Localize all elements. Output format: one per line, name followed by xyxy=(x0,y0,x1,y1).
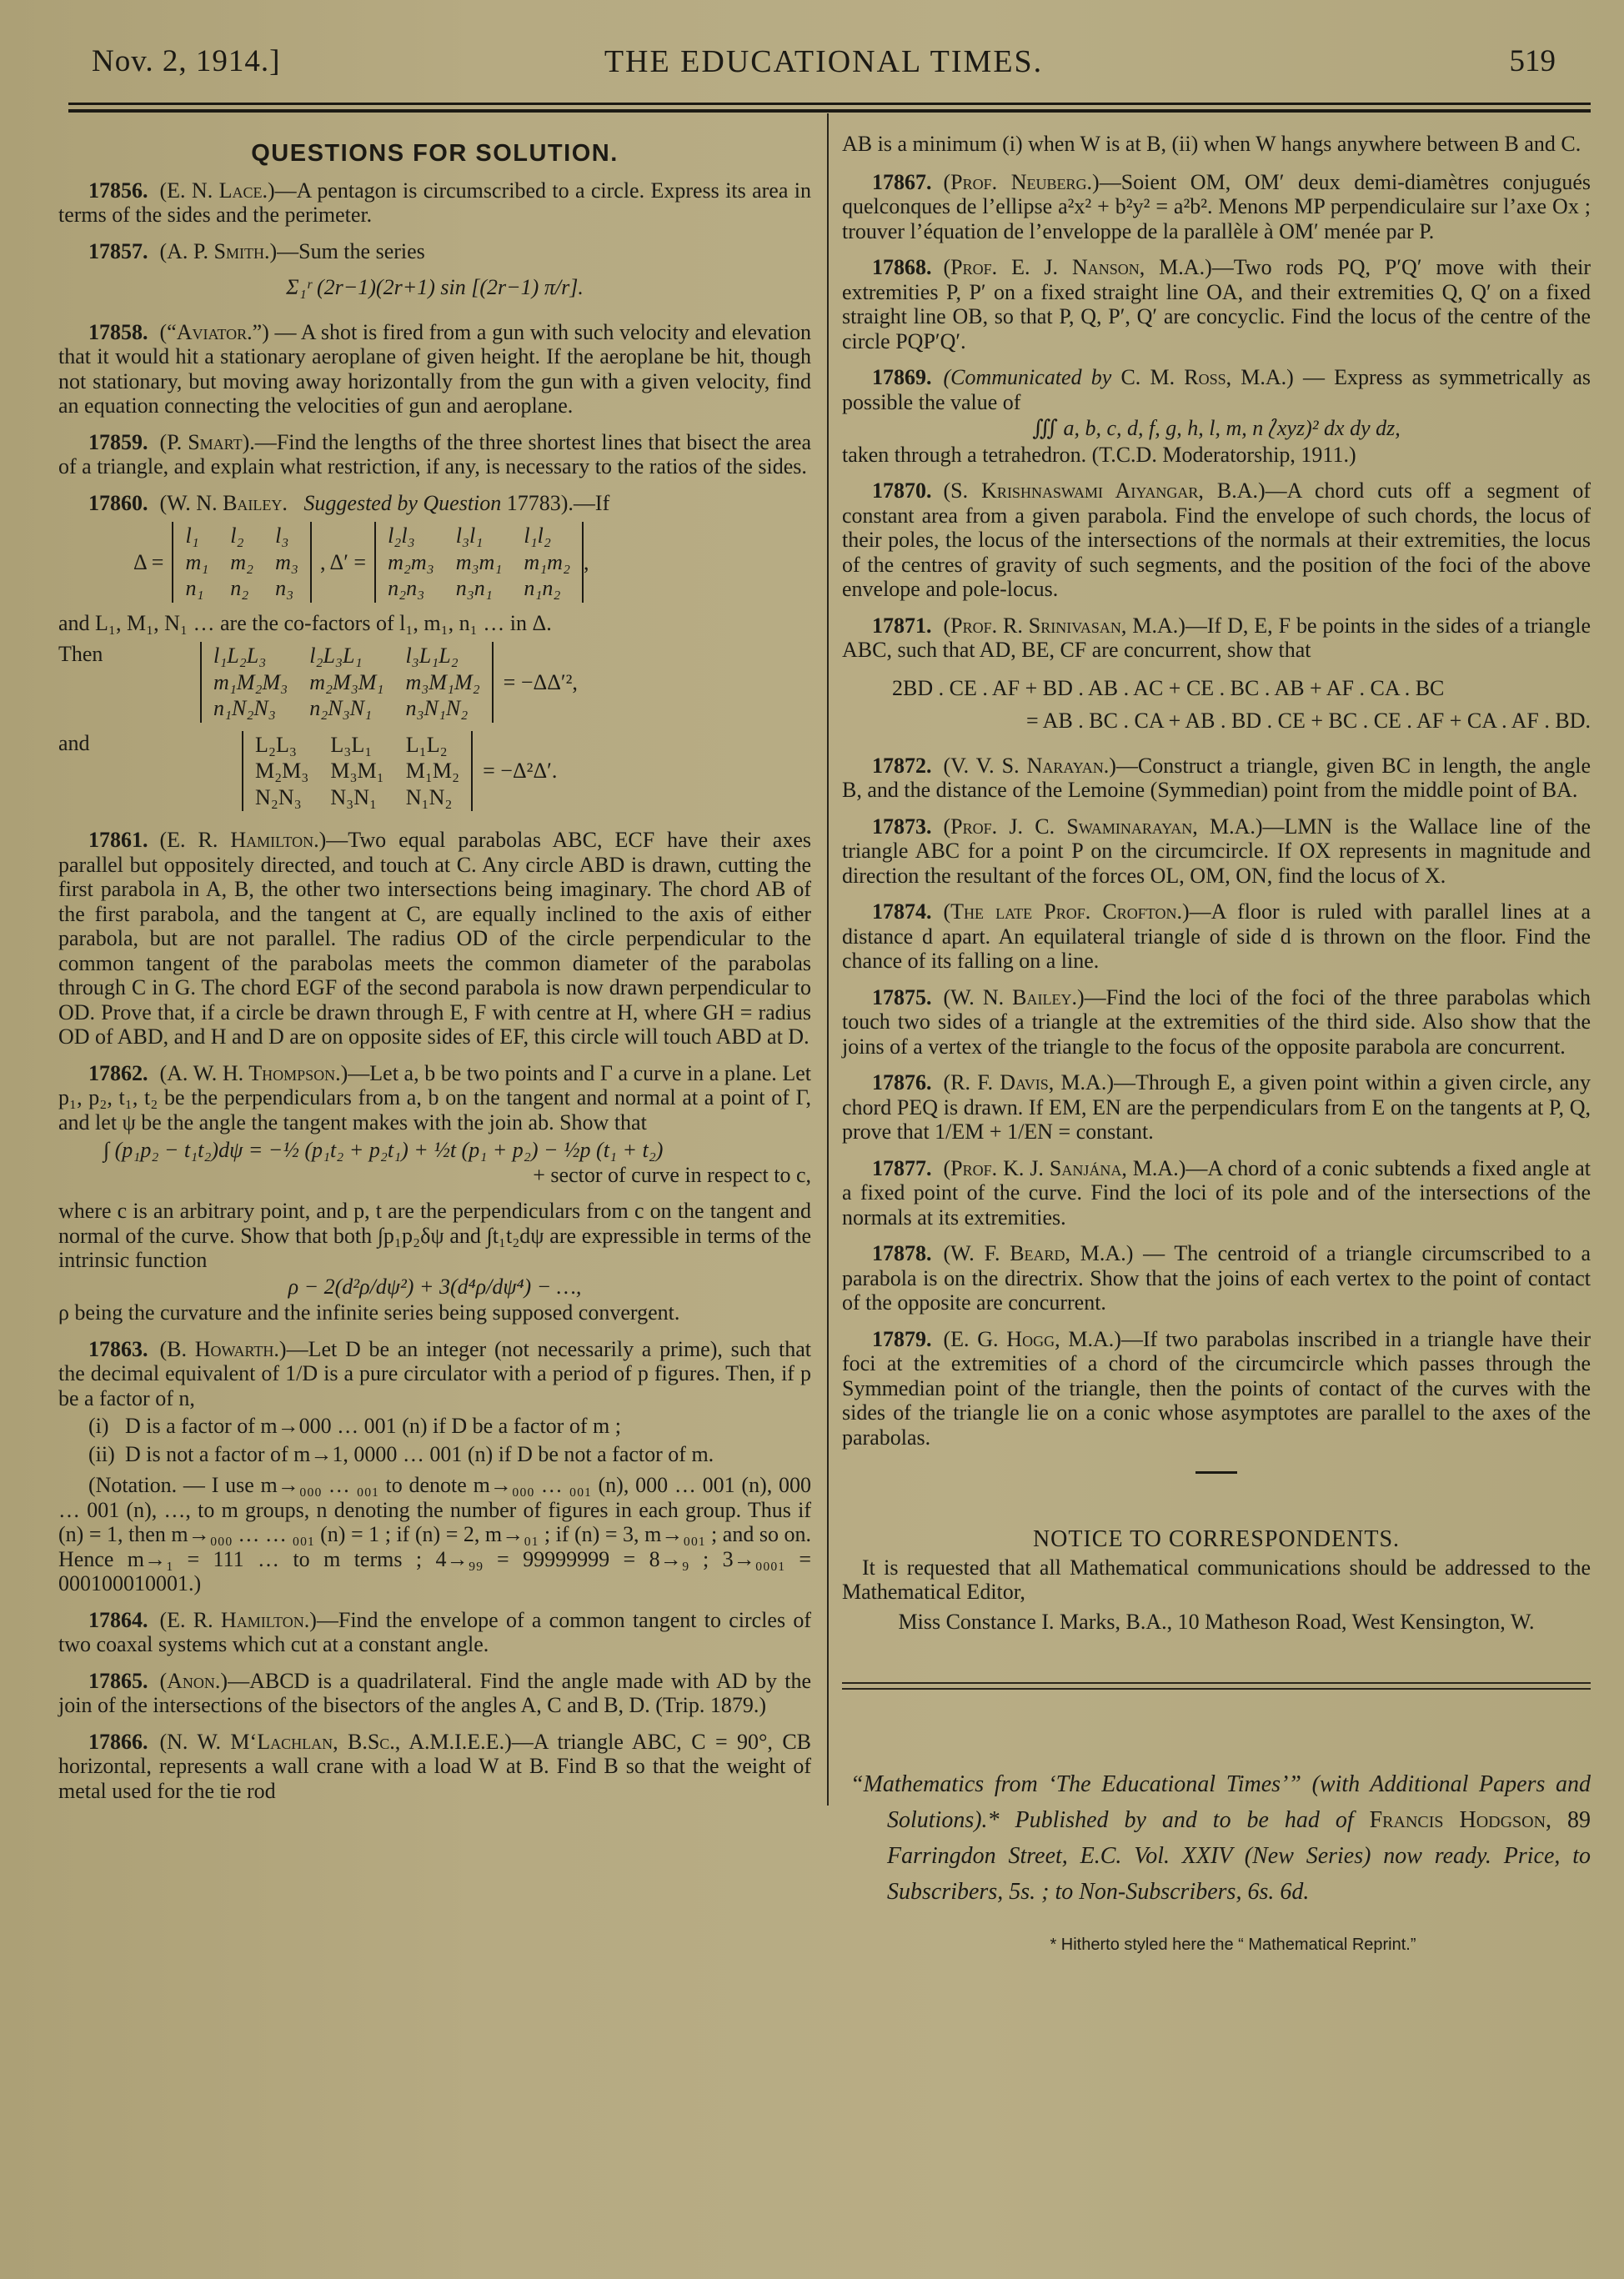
question-17866: 17866.(N. W. M‘Lachlan, B.Sc., A.M.I.E.E… xyxy=(58,1730,811,1804)
cofactor-text: and L₁, M₁, N₁ … are the co-factors of l… xyxy=(58,611,811,636)
question-17859: 17859.(P. Smart).—Find the lengths of th… xyxy=(58,430,811,479)
question-number: 17858. xyxy=(88,320,148,344)
question-number: 17866. xyxy=(88,1730,148,1754)
matrix-entry: l₂L₃L₁ xyxy=(309,644,383,669)
and-label: and xyxy=(58,731,242,756)
matrix-entry: l₁ xyxy=(185,523,208,548)
question-number: 17867. xyxy=(872,170,932,194)
delta-matrix: l₁l₂l₃m₁m₂m₃n₁n₂n₃ xyxy=(172,522,311,603)
question-17867: 17867.(Prof. Neuberg.)—Soient OM, OM′ de… xyxy=(842,170,1591,244)
question-number: 17863. xyxy=(88,1337,148,1361)
question-author: (Prof. Neuberg.) xyxy=(944,170,1100,194)
question-17862: 17862.(A. W. H. Thompson.)—Let a, b be t… xyxy=(58,1061,811,1135)
page-number: 519 xyxy=(1510,43,1556,79)
question-text-3: ρ being the curvature and the infinite s… xyxy=(58,1300,811,1325)
question-number: 17877. xyxy=(872,1156,932,1180)
matrix-entry: n₂N₃N₁ xyxy=(309,696,383,721)
question-17866-continued: AB is a minimum (i) when W is at B, (ii)… xyxy=(842,132,1591,157)
integral-formula-cont: + sector of curve in respect to c, xyxy=(58,1163,811,1188)
delta-prime-matrix: l₂l₃l₃l₁l₁l₂m₂m₃m₃m₁m₁m₂n₂n₃n₃n₁n₁n₂ xyxy=(374,522,584,603)
question-author: (Prof. E. J. Nanson, M.A.) xyxy=(944,255,1212,279)
matrix-entry: M₂M₃ xyxy=(255,759,308,784)
matrix-entry: l₂ xyxy=(230,523,253,548)
then-label: Then xyxy=(58,642,200,667)
delta-label: Δ = xyxy=(133,550,163,575)
question-author: (W. N. Bailey.) xyxy=(944,985,1085,1009)
notation-paragraph: (Notation. — I use m→₀₀₀ … ₀₀₁ to denote… xyxy=(58,1473,811,1596)
question-17856: 17856.(E. N. Lace.)—A pentagon is circum… xyxy=(58,178,811,228)
question-author: (E. G. Hogg, M.A.) xyxy=(944,1327,1121,1351)
matrix-entry: N₃N₁ xyxy=(330,785,383,810)
question-number: 17873. xyxy=(872,814,932,839)
matrix-entry: n₃n₁ xyxy=(456,576,503,601)
matrix-entry: m₂ xyxy=(230,550,253,575)
question-author: (Prof. J. C. Swaminarayan, M.A.) xyxy=(944,814,1263,839)
question-author-prefix: (Communicated by xyxy=(944,365,1112,389)
question-17872: 17872.(V. V. S. Narayan.)—Construct a tr… xyxy=(842,754,1591,803)
notice-address: Miss Constance I. Marks, B.A., 10 Mathes… xyxy=(875,1610,1557,1635)
question-author: (P. Smart). xyxy=(160,430,255,454)
concurrency-formula-lhs: 2BD . CE . AF + BD . AB . AC + CE . BC .… xyxy=(842,676,1591,701)
matrix-entry: n₃N₁N₂ xyxy=(405,696,479,721)
advert-text-2: Farringdon Street, E.C. Vol. XXIV (New S… xyxy=(887,1843,1591,1905)
question-17865: 17865.(Anon.)—ABCD is a quadrilateral. F… xyxy=(58,1669,811,1718)
and-matrix: L₂L₃L₃L₁L₁L₂M₂M₃M₃M₁M₁M₂N₂N₃N₃N₁N₁N₂ xyxy=(242,731,473,812)
advert-footnote: * Hitherto styled here the “ Mathematica… xyxy=(842,1933,1591,1958)
matrix-entry: n₁ xyxy=(185,576,208,601)
matrix-entry: l₃ xyxy=(275,523,298,548)
notice-title: NOTICE TO CORRESPONDENTS. xyxy=(842,1527,1591,1552)
question-author: (E. N. Lace.) xyxy=(160,178,275,203)
question-number: 17868. xyxy=(872,255,932,279)
matrix-entry: n₂n₃ xyxy=(388,576,434,601)
and-determinant: and L₂L₃L₃L₁L₁L₂M₂M₃M₃M₁M₁M₂N₂N₃N₃N₁N₁N₂… xyxy=(58,731,811,812)
matrix-entry: n₁n₂ xyxy=(524,576,570,601)
question-17875: 17875.(W. N. Bailey.)—Find the loci of t… xyxy=(842,985,1591,1059)
question-author: (W. N. Bailey. xyxy=(160,491,288,515)
notice-body: It is requested that all Mathematical co… xyxy=(842,1555,1591,1605)
question-17876: 17876.(R. F. Davis, M.A.)—Through E, a g… xyxy=(842,1070,1591,1145)
section-title: QUESTIONS FOR SOLUTION. xyxy=(58,142,811,167)
advertisement: “Mathematics from ‘The Educational Times… xyxy=(842,1766,1591,1910)
concurrency-formula-rhs: = AB . BC . CA + AB . BD . CE + BC . CE … xyxy=(842,709,1591,734)
then-result: = −ΔΔ′², xyxy=(504,670,578,695)
and-result: = −Δ²Δ′. xyxy=(483,759,557,784)
question-author: (S. Krishnaswami Aiyangar, B.A.) xyxy=(944,478,1266,503)
intrinsic-function-formula: ρ − 2(d²ρ/dψ²) + 3(d⁴ρ/dψ⁴) − …, xyxy=(58,1275,811,1300)
question-number: 17857. xyxy=(88,239,148,263)
question-author: (R. F. Davis, M.A.) xyxy=(944,1070,1115,1094)
matrix-entry: l₂l₃ xyxy=(388,523,434,548)
matrix-entry: N₁N₂ xyxy=(406,785,459,810)
header-rule xyxy=(68,103,1591,105)
matrix-entry: n₁N₂N₃ xyxy=(213,696,288,721)
question-author: (“Aviator.”) xyxy=(160,320,269,344)
advert-publisher: Francis Hodgson xyxy=(1370,1807,1546,1833)
question-number: 17878. xyxy=(872,1241,932,1265)
matrix-entry: L₃L₁ xyxy=(330,733,383,758)
question-author: (B. Howarth.) xyxy=(160,1337,287,1361)
advert-title: “Mathematics from ‘The Educational Times… xyxy=(850,1771,1301,1797)
matrix-entry: m₁ xyxy=(185,550,208,575)
question-number: 17864. xyxy=(88,1608,148,1632)
journal-title: THE EDUCATIONAL TIMES. xyxy=(92,43,1556,80)
question-author: (A. P. Smith.) xyxy=(160,239,278,263)
matrix-entry: n₃ xyxy=(275,576,298,601)
matrix-entry: l₃l₁ xyxy=(456,523,503,548)
notice-double-rule xyxy=(842,1682,1591,1690)
question-17868: 17868.(Prof. E. J. Nanson, M.A.)—Two rod… xyxy=(842,255,1591,353)
matrix-entry: n₂ xyxy=(230,576,253,601)
matrix-entry: m₁M₂M₃ xyxy=(213,670,288,695)
question-number: 17870. xyxy=(872,478,932,503)
question-author: (Prof. K. J. Sanjána, M.A.) xyxy=(944,1156,1186,1180)
question-text: —Sum the series xyxy=(277,239,425,263)
question-author: (E. R. Hamilton.) xyxy=(160,828,327,852)
integral-formula: ∫ (p₁p₂ − t₁t₂)dψ = −½ (p₁t₂ + p₂t₁) + ½… xyxy=(58,1138,811,1163)
matrix-entry: L₁L₂ xyxy=(406,733,459,758)
question-17870: 17870.(S. Krishnaswami Aiyangar, B.A.)—A… xyxy=(842,478,1591,602)
header-rule-double xyxy=(68,109,1591,113)
question-number: 17859. xyxy=(88,430,148,454)
question-author: (W. F. Beard, M.A.) xyxy=(944,1241,1134,1265)
question-17857: 17857.(A. P. Smith.)—Sum the series xyxy=(58,239,811,264)
condition-i: (i)D is a factor of m→000 … 001 (n) if D… xyxy=(58,1414,811,1439)
question-number: 17872. xyxy=(872,754,932,778)
advert-address-number: , 89 xyxy=(1546,1807,1591,1833)
matrix-entry: m₁m₂ xyxy=(524,550,570,575)
matrix-entry: L₂L₃ xyxy=(255,733,308,758)
question-17874: 17874.(The late Prof. Crofton.)—A floor … xyxy=(842,899,1591,974)
question-17873: 17873.(Prof. J. C. Swaminarayan, M.A.)—L… xyxy=(842,814,1591,889)
question-author: (V. V. S. Narayan.) xyxy=(944,754,1116,778)
question-author: (The late Prof. Crofton.) xyxy=(944,899,1190,924)
matrix-entry: N₂N₃ xyxy=(255,785,308,810)
question-17858: 17858.(“Aviator.”) — A shot is fired fro… xyxy=(58,320,811,418)
question-number: 17861. xyxy=(88,828,148,852)
question-number: 17876. xyxy=(872,1070,932,1094)
question-17860: 17860.(W. N. Bailey. Suggested by Questi… xyxy=(58,491,811,516)
question-17877: 17877.(Prof. K. J. Sanjána, M.A.)—A chor… xyxy=(842,1156,1591,1230)
section-separator xyxy=(1195,1471,1237,1474)
matrix-entry: m₂M₃M₁ xyxy=(309,670,383,695)
question-number: 17869. xyxy=(872,365,932,389)
question-number: 17860. xyxy=(88,491,148,515)
question-author: (A. W. H. Thompson.) xyxy=(160,1061,348,1085)
matrix-entry: m₂m₃ xyxy=(388,550,434,575)
question-number: 17871. xyxy=(872,614,932,638)
condition-label: (i) xyxy=(88,1414,109,1439)
right-column: AB is a minimum (i) when W is at B, (ii)… xyxy=(842,132,1591,1958)
question-suggested: Suggested by Question xyxy=(303,491,501,515)
left-column: QUESTIONS FOR SOLUTION. 17856.(E. N. Lac… xyxy=(58,132,811,1815)
question-number: 17862. xyxy=(88,1061,148,1085)
question-author: (N. W. M‘Lachlan, B.Sc., A.M.I.E.E.) xyxy=(160,1730,512,1754)
series-formula: Σ₁ʳ (2r−1)(2r+1) sin [(2r−1) π/r]. xyxy=(58,275,811,300)
condition-text: D is not a factor of m→1, 0000 … 001 (n)… xyxy=(125,1442,714,1466)
question-author: (Prof. R. Srinivasan, M.A.) xyxy=(944,614,1185,638)
question-number: 17874. xyxy=(872,899,932,924)
question-number: 17879. xyxy=(872,1327,932,1351)
matrix-entry: m₃ xyxy=(275,550,298,575)
question-author: C. M. Ross, M.A.) xyxy=(1120,365,1293,389)
question-17871: 17871.(Prof. R. Srinivasan, M.A.)—If D, … xyxy=(842,614,1591,663)
question-17863: 17863.(B. Howarth.)—Let D be an integer … xyxy=(58,1337,811,1411)
condition-ii: (ii)D is not a factor of m→1, 0000 … 001… xyxy=(58,1442,811,1467)
question-text: —Two equal parabolas ABC, ECF have their… xyxy=(58,828,811,1049)
question-number: 17856. xyxy=(88,178,148,203)
question-text-2: where c is an arbitrary point, and p, t … xyxy=(58,1199,811,1273)
condition-text: D is a factor of m→000 … 001 (n) if D be… xyxy=(125,1414,621,1438)
matrix-entry: m₃m₁ xyxy=(456,550,503,575)
question-17869: 17869.(Communicated by C. M. Ross, M.A.)… xyxy=(842,365,1591,414)
triple-integral-formula: ∭ a, b, c, d, f, g, h, l, m, n ⟅xyz)² dx… xyxy=(842,416,1591,441)
question-text-2: taken through a tetrahedron. (T.C.D. Mod… xyxy=(842,443,1591,468)
matrix-entry: M₁M₂ xyxy=(406,759,459,784)
question-author: (Anon.) xyxy=(160,1669,228,1693)
matrix-entry: l₃L₁L₂ xyxy=(405,644,479,669)
then-matrix: l₁L₂L₃l₂L₃L₁l₃L₁L₂m₁M₂M₃m₂M₃M₁m₃M₁M₂n₁N₂… xyxy=(200,642,494,723)
question-author: (E. R. Hamilton.) xyxy=(160,1608,317,1632)
question-17879: 17879.(E. G. Hogg, M.A.)—If two parabola… xyxy=(842,1327,1591,1450)
matrix-entry: l₁L₂L₃ xyxy=(213,644,288,669)
question-ref: 17783).—If xyxy=(507,491,609,515)
column-divider xyxy=(827,113,829,1806)
question-number: 17875. xyxy=(872,985,932,1009)
matrix-entry: M₃M₁ xyxy=(330,759,383,784)
condition-label: (ii) xyxy=(88,1442,115,1467)
then-determinant: Then l₁L₂L₃l₂L₃L₁l₃L₁L₂m₁M₂M₃m₂M₃M₁m₃M₁M… xyxy=(58,642,811,723)
question-17878: 17878.(W. F. Beard, M.A.) — The centroid… xyxy=(842,1241,1591,1315)
delta-determinants: Δ = l₁l₂l₃m₁m₂m₃n₁n₂n₃ , Δ′ = l₂l₃l₃l₁l₁… xyxy=(58,522,811,603)
page-header: Nov. 2, 1914.] THE EDUCATIONAL TIMES. 51… xyxy=(92,43,1556,85)
question-17861: 17861.(E. R. Hamilton.)—Two equal parabo… xyxy=(58,828,811,1049)
matrix-entry: l₁l₂ xyxy=(524,523,570,548)
question-17864: 17864.(E. R. Hamilton.)—Find the envelop… xyxy=(58,1608,811,1657)
matrix-entry: m₃M₁M₂ xyxy=(405,670,479,695)
question-number: 17865. xyxy=(88,1669,148,1693)
delta-prime-label: , Δ′ = xyxy=(320,550,366,575)
